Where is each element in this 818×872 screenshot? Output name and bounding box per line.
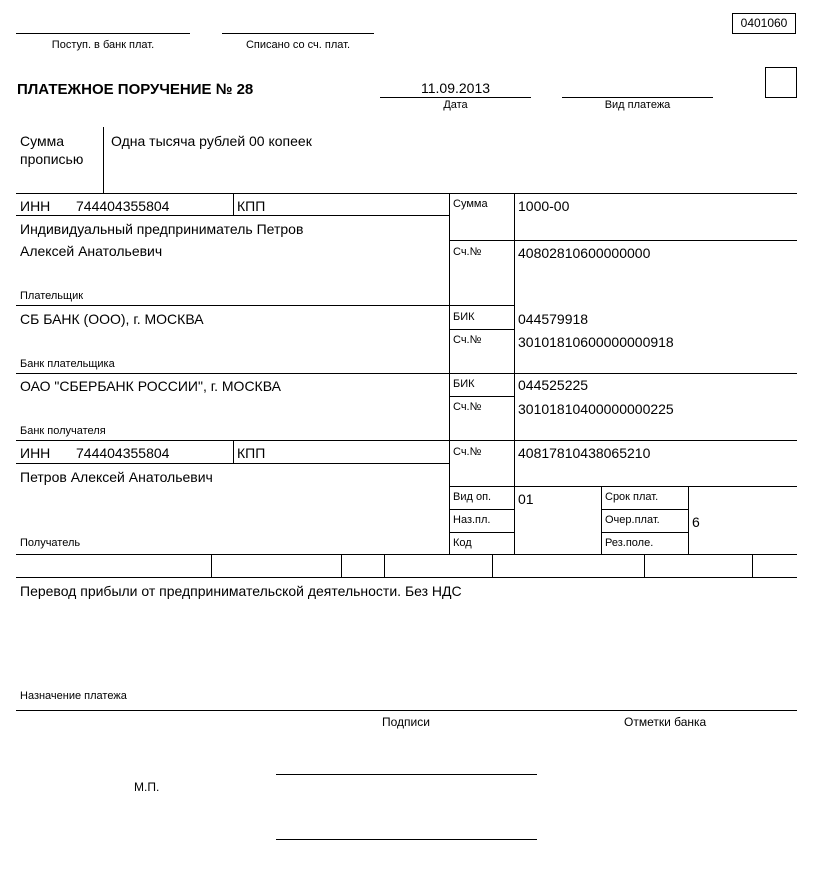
debited-label: Списано со сч. плат. [222,39,374,51]
reserve-label: Рез.поле. [605,537,653,549]
tax-field-divider [211,554,212,577]
page-title: ПЛАТЕЖНОЕ ПОРУЧЕНИЕ № 28 [17,81,253,98]
form-code: 0401060 [732,13,796,34]
op-type-label: Вид оп. [453,491,491,503]
grid-line [16,710,797,711]
date-line [380,97,531,98]
signature-line-2[interactable] [276,839,537,840]
due-label: Срок плат. [605,491,658,503]
sum-label: Сумма [453,198,488,210]
grid-line [449,396,514,397]
payer-bank-account[interactable]: 30101810600000000918 [518,334,674,350]
payer-name-2[interactable]: Алексей Анатольевич [20,243,162,259]
date-label: Дата [380,99,531,111]
grid-line [16,215,449,216]
purpose-text[interactable]: Перевод прибыли от предпринимательской д… [20,583,462,599]
signature-line-1[interactable] [276,774,537,775]
payee-bank-caption: Банк получателя [20,425,106,437]
code-label: Код [453,537,472,549]
status-box[interactable] [765,67,797,98]
grid-line [601,509,688,510]
grid-line [16,305,449,306]
payer-bank-bik[interactable]: 044579918 [518,311,588,327]
payer-bank-name[interactable]: СБ БАНК (ООО), г. МОСКВА [20,311,204,327]
sum-value[interactable]: 1000-00 [518,198,569,214]
grid-line [688,486,689,554]
date-value[interactable]: 11.09.2013 [380,80,531,96]
tax-field-divider [384,554,385,577]
tax-field-divider [752,554,753,577]
tax-field-divider [492,554,493,577]
grid-line [449,240,797,241]
grid-line [16,440,797,441]
purpose-code-label: Наз.пл. [453,514,490,526]
tax-field-divider [341,554,342,577]
received-date-line [16,33,190,34]
grid-line [601,486,602,554]
payee-inn[interactable]: 744404355804 [76,445,169,461]
grid-line [233,440,234,463]
amount-words-label-1: Сумма [20,133,64,149]
payer-name-1[interactable]: Индивидуальный предприниматель Петров [20,221,303,237]
op-type-value[interactable]: 01 [518,491,534,507]
amount-words-divider [103,127,104,193]
grid-line [233,193,234,215]
debited-date-line [222,33,374,34]
payee-name[interactable]: Петров Алексей Анатольевич [20,469,213,485]
stamp-label: М.П. [134,780,159,794]
payer-account-label: Сч.№ [453,246,481,258]
grid-line [16,373,797,374]
grid-line [16,193,797,194]
payment-type-line [562,97,713,98]
payee-bank-bik[interactable]: 044525225 [518,377,588,393]
grid-line [16,554,797,555]
grid-line [449,532,514,533]
amount-words-label-2: прописью [20,151,83,167]
amount-words-value[interactable]: Одна тысяча рублей 00 копеек [111,133,312,149]
payee-inn-label: ИНН [20,445,50,461]
payer-kpp-label: КПП [237,198,265,214]
payer-bank-bik-label: БИК [453,311,475,323]
payment-type-label: Вид платежа [562,99,713,111]
payee-caption: Получатель [20,537,80,549]
payer-inn[interactable]: 744404355804 [76,198,169,214]
payee-account[interactable]: 40817810438065210 [518,445,650,461]
grid-line [449,486,797,487]
payee-account-label: Сч.№ [453,446,481,458]
priority-label: Очер.плат. [605,514,660,526]
payee-bank-account[interactable]: 30101810400000000225 [518,401,674,417]
payer-bank-caption: Банк плательщика [20,358,115,370]
received-label: Поступ. в банк плат. [16,39,190,51]
priority-value[interactable]: 6 [692,514,700,530]
grid-line [449,305,514,306]
grid-line [449,329,514,330]
payee-bank-bik-label: БИК [453,378,475,390]
payee-bank-name[interactable]: ОАО "СБЕРБАНК РОССИИ", г. МОСКВА [20,378,281,394]
payer-inn-label: ИНН [20,198,50,214]
payer-caption: Плательщик [20,290,83,302]
grid-line [16,577,797,578]
payer-account[interactable]: 40802810600000000 [518,245,650,261]
tax-field-divider [644,554,645,577]
payee-bank-account-label: Сч.№ [453,401,481,413]
purpose-caption: Назначение платежа [20,690,127,702]
grid-line [449,509,514,510]
payee-kpp-label: КПП [237,445,265,461]
signatures-label: Подписи [382,715,430,729]
grid-line [16,463,449,464]
grid-line [601,532,688,533]
bank-marks-label: Отметки банка [624,715,706,729]
payer-bank-account-label: Сч.№ [453,334,481,346]
